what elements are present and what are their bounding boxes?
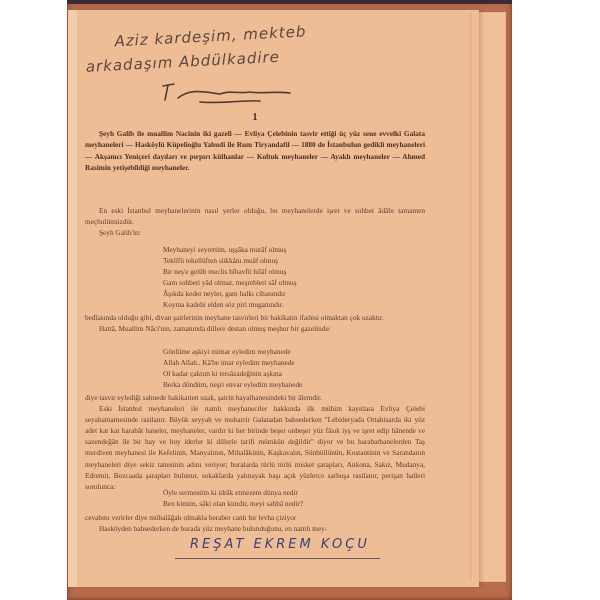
verse-line: Koyma kadehi elden söz piri muganındır. — [163, 299, 423, 310]
chapter-number: 1 — [85, 112, 425, 123]
paragraph-3-text: diye tasvir eylediği sahnede hakikatten … — [85, 393, 322, 402]
paragraph-5-text: cevabını verirler diye mübalâğalı olmakl… — [85, 513, 296, 522]
signature — [160, 80, 310, 106]
verse-line: Berka döndüm, neşri envar eyledim meyhan… — [163, 379, 423, 390]
paragraph-2-text: bedîasında olduğu gibi, divan şairlerini… — [85, 313, 384, 322]
chapter-summary: Şeyh Galib ile muallim Nacinin iki gazel… — [85, 128, 425, 173]
verse-line: Meyhaneyi seyrettim, uşşâka mutâf olmuş — [163, 244, 423, 255]
verse-line: Ol kadar çaktım ki tersâzadeğinin aşkına — [163, 368, 423, 379]
paragraph-1-text: En eski İstanbul meyhanelerinin nasıl ye… — [85, 205, 425, 227]
paragraph-1: En eski İstanbul meyhanelerinin nasıl ye… — [85, 205, 425, 238]
paragraph-4-text: Eski İstanbul meyhaneleri ile namlı meyh… — [85, 403, 425, 492]
verse-line: Allah Allah.. Kâ'be imar eyledim meyhane… — [163, 357, 423, 368]
paragraph-2: bedîasında olduğu gibi, divan şairlerini… — [85, 312, 425, 334]
verse-line: Gönlüme aşkiyi mimar eyledim meyhanede — [163, 346, 423, 357]
page-fold — [470, 13, 473, 581]
paragraph-6-text: Hasköyden bahsederken de burada yüz meyh… — [85, 523, 425, 534]
verse-line: Gam sohbeti yâd olmaz, meşrebleri sâf ol… — [163, 277, 423, 288]
paragraph-5: cevabını verirler diye mübalâğalı olmakl… — [85, 512, 425, 534]
author-name-handwritten: REŞAT EKREM KOÇU — [190, 537, 390, 552]
verse-line: Teklîfü tekellüften sükkânı muâf olmuş — [163, 255, 423, 266]
verse-line: Ben kimim, sâki olan kimdir, meyi sahbâ … — [163, 498, 423, 509]
verse-naci: Gönlüme aşkiyi mimar eyledim meyhanede A… — [163, 346, 423, 390]
verse-sermest: Öyle sermestim ki idrâk etmezem dünya ne… — [163, 487, 423, 509]
author-underline — [175, 558, 380, 559]
verse-line: Âşıkda keder neyler, gam halkı cihanındı… — [163, 288, 423, 299]
paragraph-2b-text: Hattâ, Muallim Nâci'nin, zamanında dille… — [85, 323, 425, 334]
verse-line: Bir neş'e gelüb meclis bîhavfü hilâf olm… — [163, 266, 423, 277]
signature-scribble-icon — [160, 80, 310, 106]
verse-galib: Meyhaneyi seyrettim, uşşâka mutâf olmuş … — [163, 244, 423, 310]
cover-top-edge — [67, 0, 512, 4]
verse-line: Öyle sermestim ki idrâk etmezem dünya ne… — [163, 487, 423, 498]
paragraph-3: diye tasvir eylediği sahnede hakikatten … — [85, 392, 425, 492]
paragraph-1b-text: Şeyh Galib'in: — [85, 227, 425, 238]
